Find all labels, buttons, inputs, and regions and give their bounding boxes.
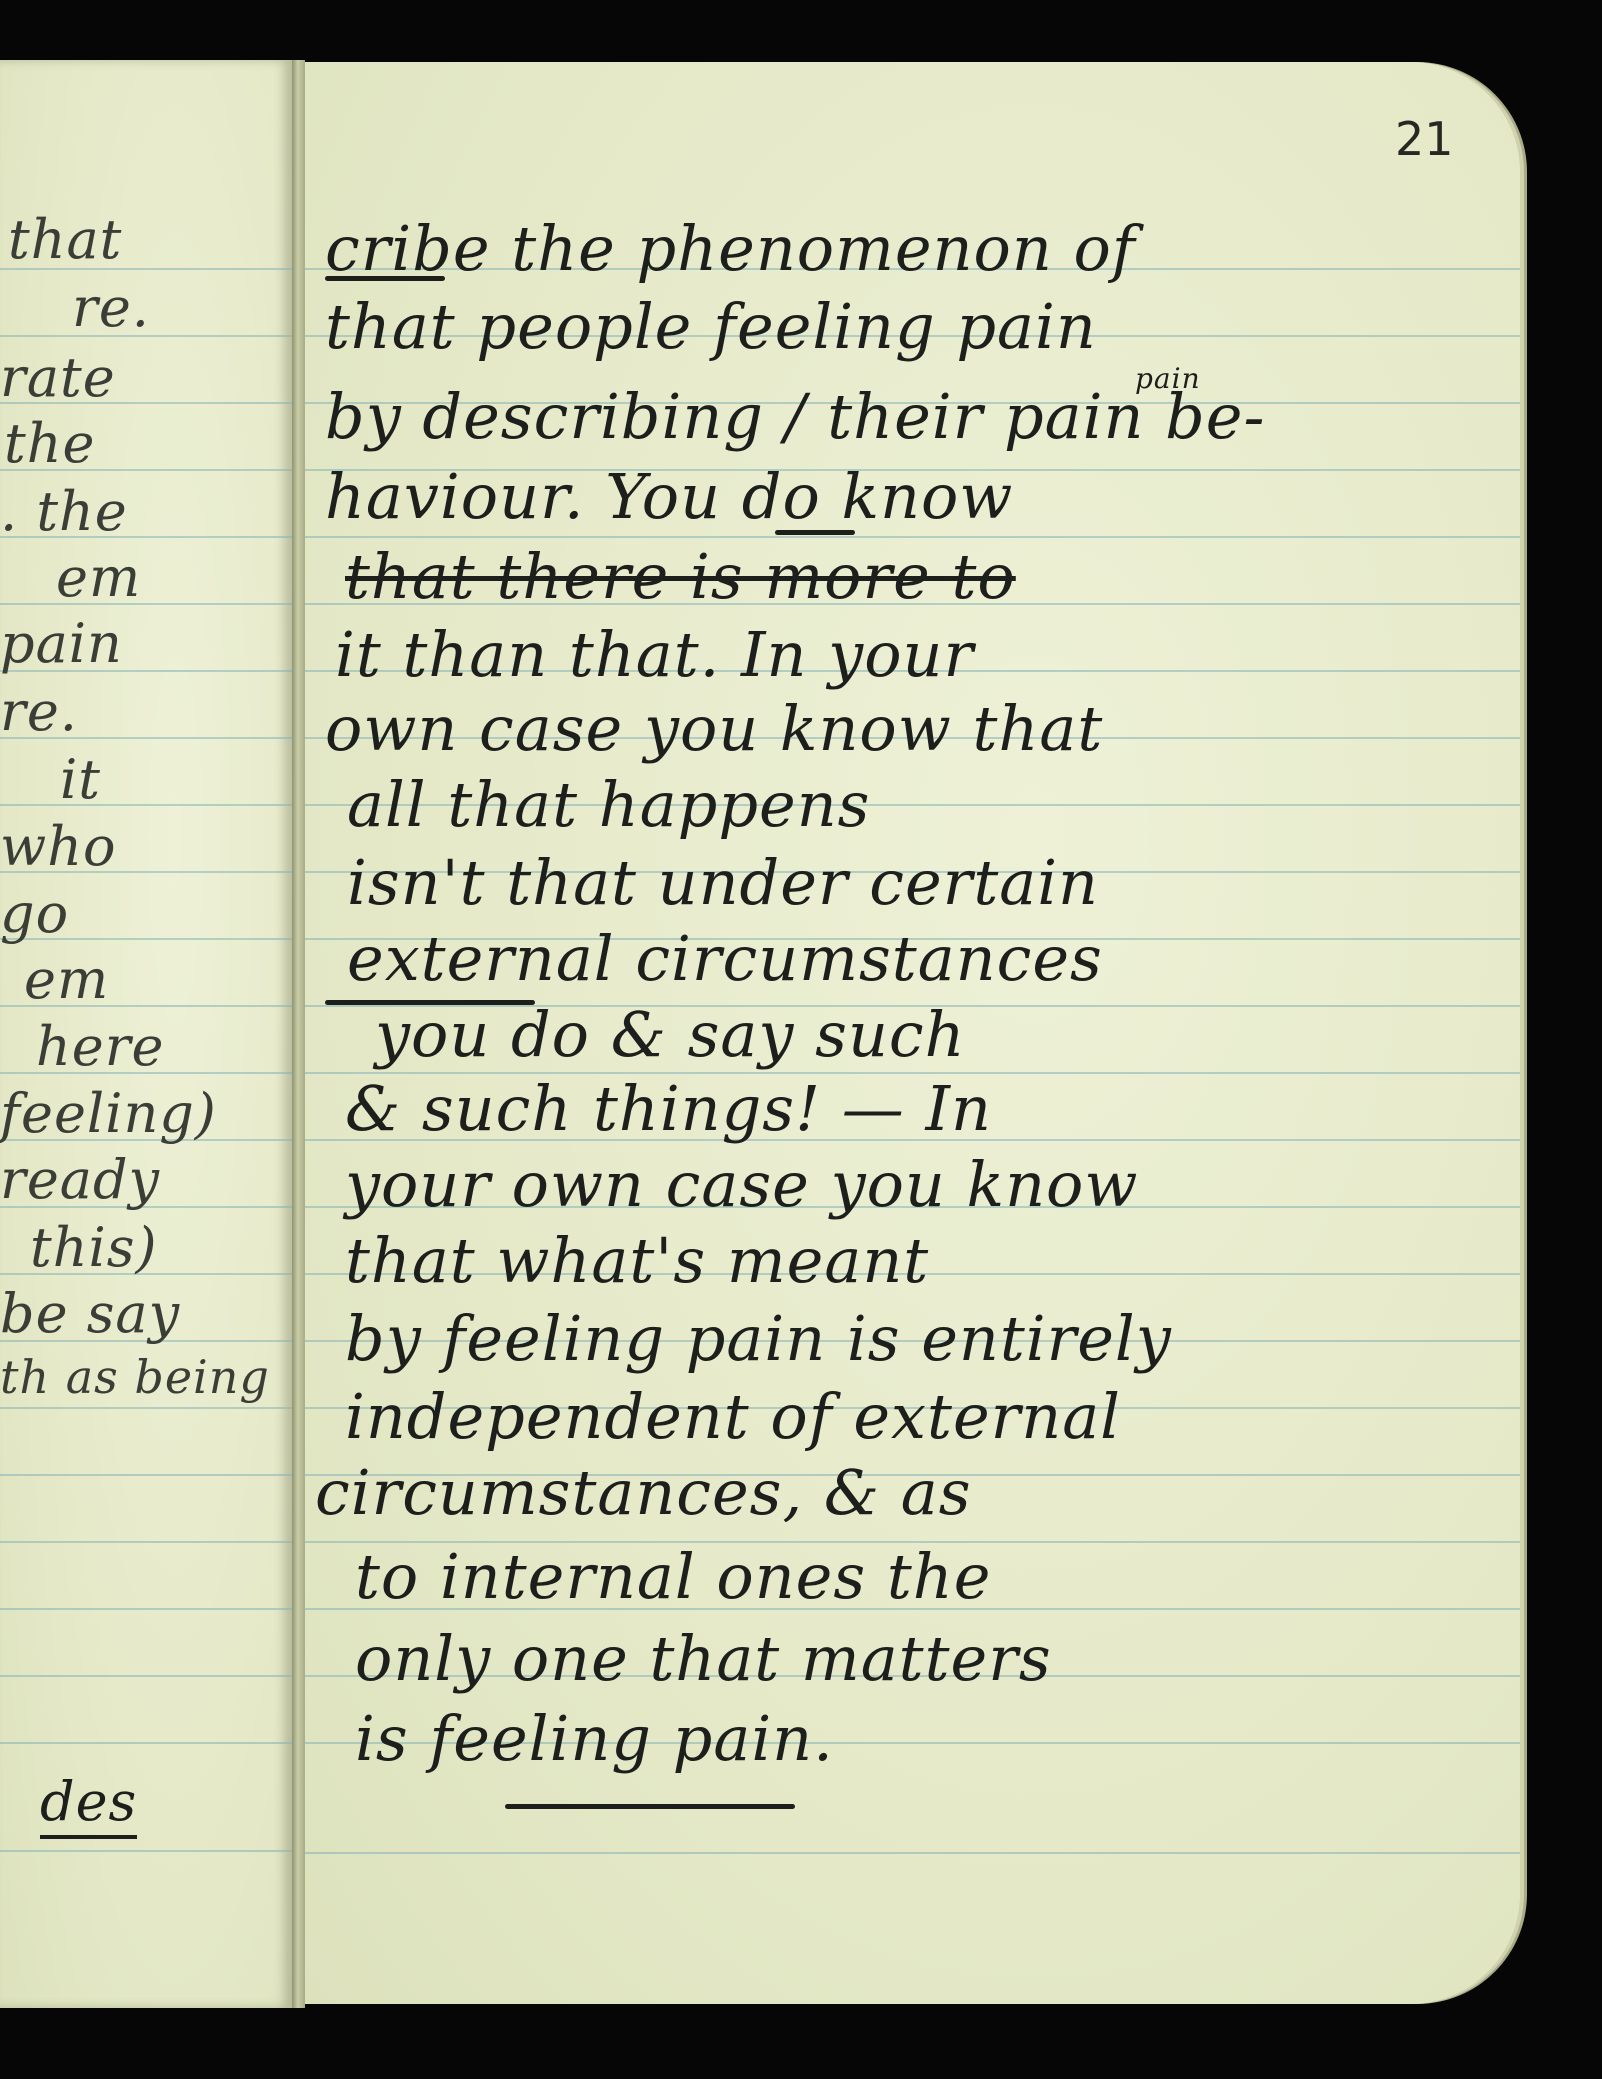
ruled-line [0, 1541, 292, 1543]
left-fragment: th as being [0, 1350, 270, 1404]
handwritten-line: cribe the phenomenon of [325, 212, 1136, 285]
handwritten-line: only one that matters [355, 1622, 1052, 1695]
handwritten-line: it than that. In your [335, 618, 974, 691]
left-fragment: re. [72, 276, 150, 339]
ruled-line [0, 603, 292, 605]
handwritten-line-struck: that there is more to [345, 540, 1016, 613]
left-fragment-underlined: des [40, 1770, 137, 1839]
left-fragment: go [0, 882, 69, 945]
handwritten-line: own case you know that [325, 692, 1103, 765]
left-fragment: feeling) [0, 1082, 217, 1145]
ruled-line [0, 1608, 292, 1610]
handwritten-line: is feeling pain. [355, 1702, 834, 1775]
handwritten-line: external circumstances [347, 922, 1103, 995]
left-fragment: em [24, 948, 109, 1011]
handwritten-line: all that happens [347, 768, 870, 841]
handwritten-line: & such things! — In [345, 1072, 992, 1145]
left-fragment: who [0, 815, 117, 878]
left-fragment: the [4, 412, 95, 475]
handwritten-line: by describing / their pain be- [325, 380, 1265, 453]
handwritten-line: isn't that under certain [347, 846, 1099, 919]
notebook-gutter [292, 60, 305, 2008]
underline-mark [325, 276, 445, 281]
handwritten-line: haviour. You do know [325, 460, 1013, 533]
ruled-line [0, 1675, 292, 1677]
underline-mark [505, 1804, 795, 1809]
handwritten-line: that what's meant [345, 1224, 929, 1297]
handwritten-line: by feeling pain is entirely [345, 1302, 1172, 1375]
left-fragment: . the [0, 480, 128, 543]
right-page: 21 cribe the phenomenon of that people f… [305, 62, 1520, 2004]
handwritten-line: that people feeling pain [325, 290, 1097, 363]
handwritten-line: your own case you know [345, 1148, 1138, 1221]
left-fragment: re. [0, 680, 78, 743]
ruled-line [0, 1407, 292, 1409]
left-fragment: be say [0, 1282, 180, 1345]
ruled-line [0, 1850, 292, 1852]
left-fragment: pain [0, 612, 123, 675]
left-fragment: that [8, 208, 122, 271]
handwritten-line: you do & say such [375, 998, 966, 1071]
ruled-line [0, 1474, 292, 1476]
left-fragment: here [36, 1015, 165, 1078]
left-fragment: this) [30, 1216, 158, 1279]
underline-mark [325, 1000, 535, 1005]
ruled-line [305, 536, 1520, 538]
left-fragment: ready [0, 1148, 160, 1211]
page-number: 21 [1395, 112, 1454, 166]
ruled-line [305, 1852, 1520, 1854]
underline-mark [775, 530, 855, 535]
ruled-line [0, 1742, 292, 1744]
left-fragment: it [60, 748, 101, 811]
ruled-line [0, 804, 292, 806]
left-fragment: rate [0, 346, 116, 409]
left-page: that re. rate the . the em pain re. it w… [0, 60, 292, 2008]
handwritten-line: independent of external [345, 1380, 1121, 1453]
handwritten-line: circumstances, & as [315, 1456, 972, 1529]
left-fragment: em [56, 546, 141, 609]
handwritten-line: to internal ones the [355, 1540, 991, 1613]
